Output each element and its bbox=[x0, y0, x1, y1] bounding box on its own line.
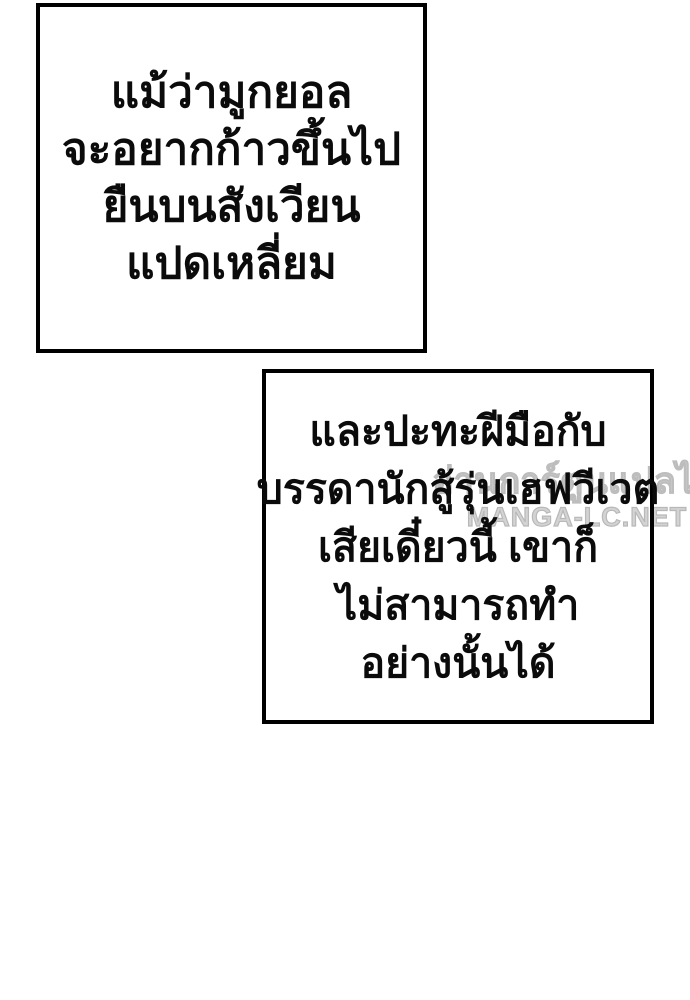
narration-line: ยืนบนสังเวียน bbox=[103, 178, 361, 235]
narration-line: อย่างนั้นได้ bbox=[361, 634, 556, 692]
narration-line: และปะทะฝีมือกับ bbox=[309, 402, 606, 460]
narration-box-2: และปะทะฝีมือกับ บรรดานักสู้รุ่นเฮฟวีเวต … bbox=[262, 369, 654, 724]
narration-line: ไม่สามารถทำ bbox=[337, 576, 580, 634]
narration-line: บรรดานักสู้รุ่นเฮฟวีเวต bbox=[257, 460, 659, 518]
manga-page: อ่านการ์ตูนแปลไทยได้ที่ MANGA-LC.NET แม้… bbox=[0, 0, 690, 1000]
narration-line: จะอยากก้าวขึ้นไป bbox=[62, 121, 401, 178]
narration-line: แปดเหลี่ยม bbox=[126, 235, 337, 292]
narration-box-1: แม้ว่ามูกยอล จะอยากก้าวขึ้นไป ยืนบนสังเว… bbox=[36, 3, 427, 353]
narration-line: แม้ว่ามูกยอล bbox=[111, 64, 353, 121]
narration-line: เสียเดี๋ยวนี้ เขาก็ bbox=[318, 518, 598, 576]
